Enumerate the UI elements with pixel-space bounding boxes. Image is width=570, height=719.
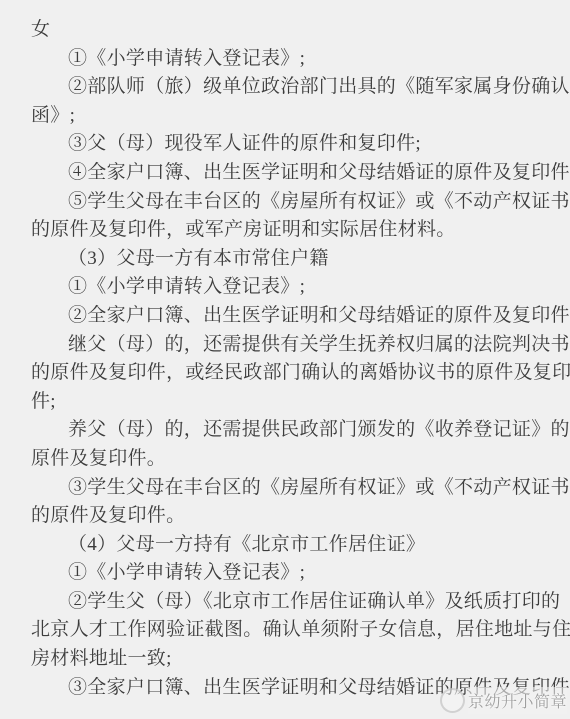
document-line: ③学生父母在丰台区的《房屋所有权证》或《不动产权证书》 — [31, 474, 564, 503]
document-line: ②部队师（旅）级单位政治部门出具的《随军家属身份确认 — [31, 73, 564, 102]
document-line: 件; — [31, 388, 564, 417]
document-line: ①《小学申请转入登记表》; — [31, 559, 564, 588]
document-line: 的原件及复印件，或经民政部门确认的离婚协议书的原件及复印 — [31, 359, 564, 388]
document-line: 继父（母）的，还需提供有关学生抚养权归属的法院判决书 — [31, 331, 564, 360]
document-line: ⑤学生父母在丰台区的《房屋所有权证》或《不动产权证书》 — [31, 188, 564, 217]
document-line: 北京人才工作网验证截图。确认单须附子女信息，居住地址与住 — [31, 616, 564, 645]
document-line: 原件及复印件。 — [31, 445, 564, 474]
document-line: ③父（母）现役军人证件的原件和复印件; — [31, 130, 564, 159]
document-line: 的原件及复印件，或军产房证明和实际居住材料。 — [31, 216, 564, 245]
document-line: ②全家户口簿、出生医学证明和父母结婚证的原件及复印件; — [31, 302, 564, 331]
document-line: （3）父母一方有本市常住户籍 — [31, 245, 564, 274]
document-line: （4）父母一方持有《北京市工作居住证》 — [31, 531, 564, 560]
document-body: 女①《小学申请转入登记表》;②部队师（旅）级单位政治部门出具的《随军家属身份确认… — [31, 16, 564, 702]
document-line: 女 — [31, 16, 564, 45]
document-line: ①《小学申请转入登记表》; — [31, 273, 564, 302]
document-line: ③全家户口簿、出生医学证明和父母结婚证的原件及复印件 — [31, 674, 564, 703]
document-page: 女①《小学申请转入登记表》;②部队师（旅）级单位政治部门出具的《随军家属身份确认… — [0, 0, 570, 719]
document-line: ②学生父（母）《北京市工作居住证确认单》及纸质打印的 — [31, 588, 564, 617]
document-line: 房材料地址一致; — [31, 645, 564, 674]
document-line: ①《小学申请转入登记表》; — [31, 45, 564, 74]
document-line: 函》; — [31, 102, 564, 131]
document-line: ④全家户口簿、出生医学证明和父母结婚证的原件及复印件; — [31, 159, 564, 188]
document-line: 养父（母）的，还需提供民政部门颁发的《收养登记证》的 — [31, 416, 564, 445]
document-line: 的原件及复印件。 — [31, 502, 564, 531]
